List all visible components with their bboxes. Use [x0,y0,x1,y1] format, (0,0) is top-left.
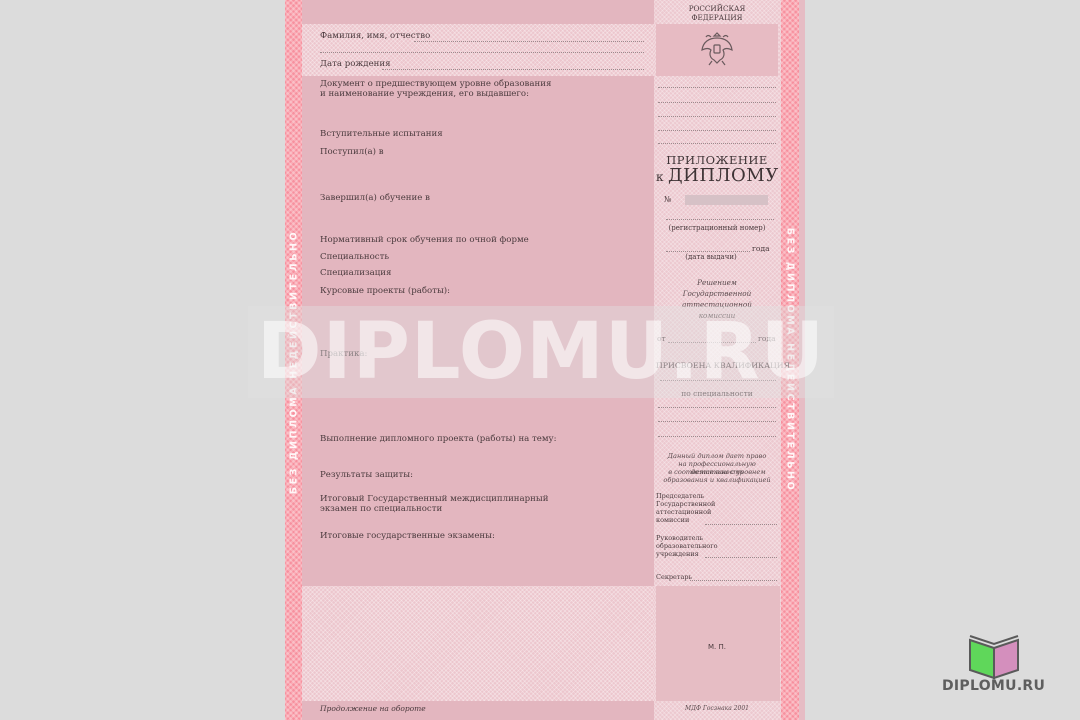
decision-line-2: Государственной [656,289,778,298]
birth-date-label: Дата рождения [320,59,391,70]
title-diploma: ДИПЛОМУ [668,165,779,186]
head-line-2: образовательного [656,542,718,550]
graduated-label: Завершил(а) обучение в [320,193,430,204]
entrance-exams-label: Вступительные испытания [320,129,443,140]
rights-line-1: Данный диплом дает право [656,452,778,460]
diploma-title: кДИПЛОМУ [656,165,778,186]
issue-date-line [666,251,750,252]
diploma-project-label: Выполнение дипломного проекта (работы) н… [320,434,557,445]
country-line-1: РОССИЙСКАЯ [656,4,778,13]
head-signature-line [705,557,777,558]
rights-line-4: образования и квалификацией [656,476,778,484]
final-exam-label-2: экзамен по специальности [320,504,442,515]
stamp-label: М. П. [656,643,778,651]
normative-term-label: Нормативный срок обучения по очной форме [320,235,529,246]
full-name-line [414,41,644,42]
country-line-2: ФЕДЕРАЦИЯ [656,13,778,22]
birth-date-line [382,69,644,70]
secretary-label: Секретарь [656,573,692,581]
previous-doc-label-2: и наименование учреждения, его выдавшего… [320,89,529,100]
chairman-line-2: Государственной [656,500,715,508]
chairman-signature-line [705,524,777,525]
enrolled-label: Поступил(а) в [320,147,384,158]
book-logo-icon [966,630,1022,680]
printer-mark: МДФ Госзнака 2001 [656,705,778,713]
bottom-band [302,586,654,701]
brand-name: DIPLOMU.RU [942,678,1045,694]
continued-note: Продолжение на обороте [320,704,426,713]
defense-results-label: Результаты защиты: [320,470,413,481]
head-line-3: учреждения [656,550,699,558]
full-name-line-2 [320,52,644,53]
reg-number-caption: (регистрационный номер) [656,224,778,232]
secretary-signature-line [690,580,777,581]
decision-line-1: Решением [656,278,778,287]
specialty-line-1 [658,407,776,408]
registration-number-redacted [685,195,768,205]
course-projects-label: Курсовые проекты (работы): [320,286,450,297]
chairman-line-3: аттестационной [656,508,711,516]
coat-of-arms-icon [697,28,737,68]
right-line-2 [658,102,776,103]
chairman-line-4: комиссии [656,516,689,524]
right-line-1 [658,87,776,88]
specialization-label: Специализация [320,268,391,279]
final-state-exams-label: Итоговые государственные экзамены: [320,531,495,542]
right-line-5 [658,143,776,144]
right-line-3 [658,116,776,117]
specialty-line-3 [658,436,776,437]
right-line-4 [658,130,776,131]
specialty-line-2 [658,421,776,422]
year-label: года [752,244,770,253]
watermark-banner: DIPLOMU.RU [248,306,834,398]
rights-line-3: в соответствии с уровнем [656,468,778,476]
title-preposition: к [656,170,664,184]
reg-number-line [666,219,774,220]
number-sign: № [664,195,672,204]
specialty-label: Специальность [320,252,389,263]
head-line-1: Руководитель [656,534,703,542]
chairman-line-1: Председатель [656,492,704,500]
issue-date-caption: (дата выдачи) [656,253,766,261]
